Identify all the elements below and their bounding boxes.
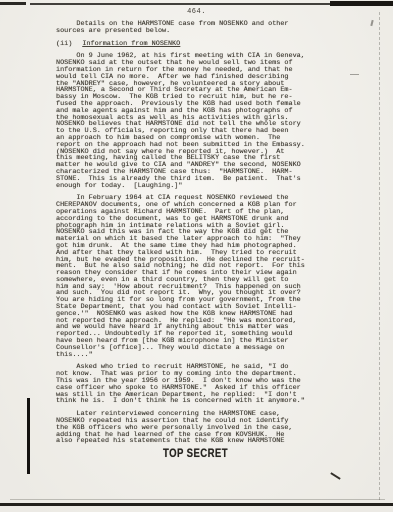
paragraph: In February 1964 at CIA request NOSENKO … xyxy=(56,195,318,358)
scan-artifact-diagonal-mark xyxy=(330,472,340,480)
intro-paragraph: Details on the HARMSTONE case from NOSEN… xyxy=(56,21,318,35)
scan-artifact-right-fold-line xyxy=(379,12,380,500)
top-secret-stamp: TOP SECRET xyxy=(163,446,228,460)
scan-artifact-bottom-rule xyxy=(0,503,393,506)
scan-artifact-bottom-rule-faint xyxy=(10,499,385,500)
scan-artifact-topleft-dash xyxy=(0,2,26,5)
scan-artifact-right-dot xyxy=(370,20,373,26)
paragraph: On 9 June 1962, at his first meeting wit… xyxy=(56,53,318,189)
paragraph: Asked who tried to recruit HARMSTONE, he… xyxy=(56,364,318,405)
section-label: (ii) xyxy=(56,41,72,48)
document-page: 464. Details on the HARMSTONE case from … xyxy=(0,0,393,512)
paragraph: Later reinterviewed concerning the HARMS… xyxy=(56,411,318,445)
section-heading-row: (ii)Information from NOSENKO xyxy=(56,41,318,48)
scan-artifact-top-rule-thick xyxy=(330,1,393,6)
scan-artifact-right-dash xyxy=(350,74,359,75)
section-heading: Information from NOSENKO xyxy=(82,41,180,48)
scan-artifact-left-bar xyxy=(27,398,30,474)
page-number: 464. xyxy=(0,8,393,16)
document-body: Details on the HARMSTONE case from NOSEN… xyxy=(56,21,318,451)
